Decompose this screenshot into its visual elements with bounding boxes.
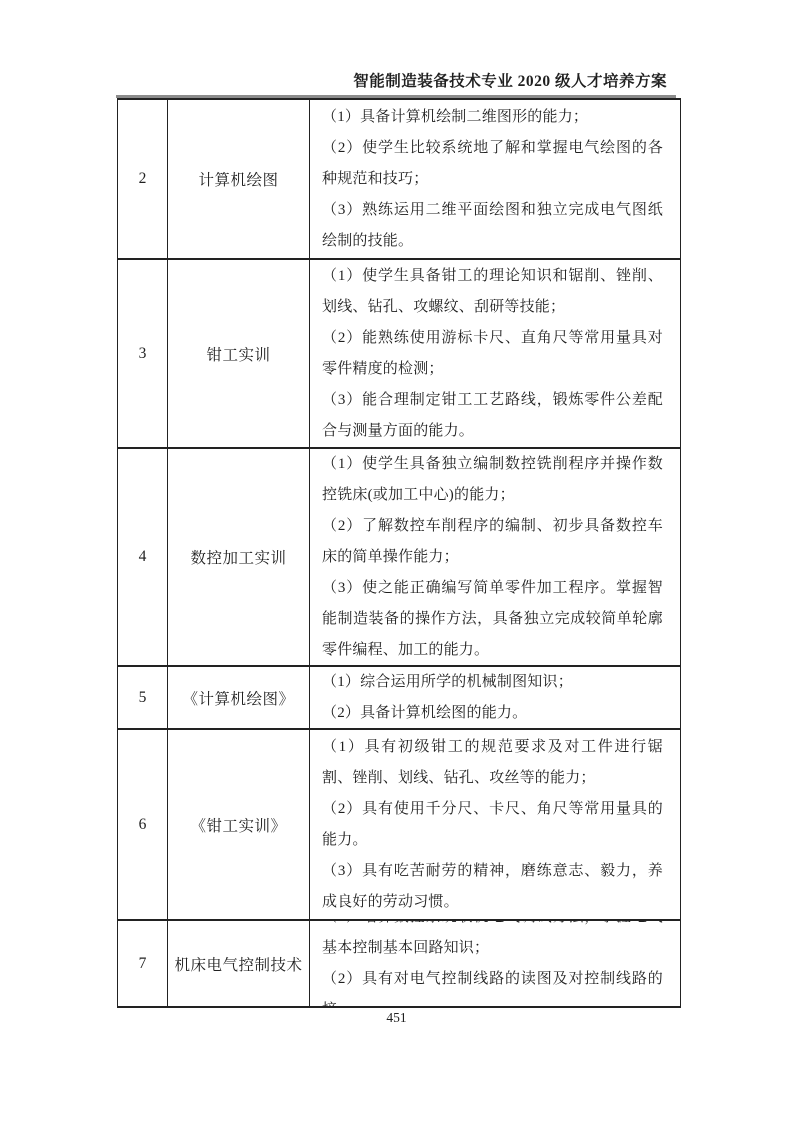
page-number: 451	[0, 1010, 793, 1026]
row-number-cell: 4	[118, 448, 168, 666]
objectives-text-box: （1）使学生具备钳工的理论知识和锯削、锉削、划线、钻孔、攻螺纹、刮研等技能；（2…	[310, 260, 680, 447]
row-number-cell: 2	[118, 99, 168, 259]
objective-item: （2）了解数控车削程序的编制、初步具备数控车床的简单操作能力；	[322, 511, 663, 573]
course-name-cell: 计算机绘图	[168, 99, 310, 259]
objective-item: （3）熟练运用二维平面绘图和独立完成电气图纸绘制的技能。	[322, 195, 663, 257]
row-number-cell: 7	[118, 920, 168, 1007]
course-name-cell: 钳工实训	[168, 259, 310, 448]
document-page: 智能制造装备技术专业 2020 级人才培养方案 2计算机绘图（1）具备计算机绘制…	[0, 0, 793, 1122]
objectives-text-box: （1）综合运用所学的机械制图知识；（2）具备计算机绘图的能力。	[310, 667, 680, 728]
table-row: 6《钳工实训》（1）具有初级钳工的规范要求及对工件进行锯割、锉削、划线、钻孔、攻…	[118, 729, 681, 920]
table-row: 2计算机绘图（1）具备计算机绘制二维图形的能力；（2）使学生比较系统地了解和掌握…	[118, 99, 681, 259]
course-name-cell: 机床电气控制技术	[168, 920, 310, 1007]
objective-item: （1）使学生具备独立编制数控铣削程序并操作数控铣床(或加工中心)的能力；	[322, 449, 663, 511]
objective-item: （2）使学生比较系统地了解和掌握电气绘图的各种规范和技巧；	[322, 133, 663, 195]
table-row: 4数控加工实训（1）使学生具备独立编制数控铣削程序并操作数控铣床(或加工中心)的…	[118, 448, 681, 666]
objectives-cell: （1）使学生具备独立编制数控铣削程序并操作数控铣床(或加工中心)的能力；（2）了…	[310, 448, 681, 666]
course-name-cell: 《计算机绘图》	[168, 666, 310, 729]
objective-item: （1）培养数控系统联机电气调试方法，掌握电气基本控制基本回路知识；	[322, 921, 663, 964]
objectives-text-box: （1）具备计算机绘制二维图形的能力；（2）使学生比较系统地了解和掌握电气绘图的各…	[310, 100, 680, 258]
table-row: 5《计算机绘图》（1）综合运用所学的机械制图知识；（2）具备计算机绘图的能力。	[118, 666, 681, 729]
objectives-cell: （1）综合运用所学的机械制图知识；（2）具备计算机绘图的能力。	[310, 666, 681, 729]
objective-item: （1）具有初级钳工的规范要求及对工件进行锯割、锉削、划线、钻孔、攻丝等的能力；	[322, 732, 663, 794]
objectives-text-box: （1）使学生具备独立编制数控铣削程序并操作数控铣床(或加工中心)的能力；（2）了…	[310, 449, 680, 665]
table-row: 7机床电气控制技术（1）培养数控系统联机电气调试方法，掌握电气基本控制基本回路知…	[118, 920, 681, 1007]
objective-item: （3）能合理制定钳工工艺路线，锻炼零件公差配合与测量方面的能力。	[322, 385, 663, 447]
course-name-cell: 数控加工实训	[168, 448, 310, 666]
course-name-cell: 《钳工实训》	[168, 729, 310, 920]
objective-item: （2）具有使用千分尺、卡尺、角尺等常用量具的能力。	[322, 794, 663, 856]
objectives-cell: （1）具有初级钳工的规范要求及对工件进行锯割、锉削、划线、钻孔、攻丝等的能力；（…	[310, 729, 681, 920]
row-number-cell: 3	[118, 259, 168, 448]
objectives-cell: （1）培养数控系统联机电气调试方法，掌握电气基本控制基本回路知识；（2）具有对电…	[310, 920, 681, 1007]
objective-item: （1）综合运用所学的机械制图知识；	[322, 667, 663, 698]
objective-item: （1）使学生具备钳工的理论知识和锯削、锉削、划线、钻孔、攻螺纹、刮研等技能；	[322, 261, 663, 323]
objective-item: （1）具备计算机绘制二维图形的能力；	[322, 102, 663, 133]
objective-item: （2）具备计算机绘图的能力。	[322, 698, 663, 729]
row-number-cell: 6	[118, 729, 168, 920]
course-table-body: 2计算机绘图（1）具备计算机绘制二维图形的能力；（2）使学生比较系统地了解和掌握…	[118, 99, 681, 1007]
objective-item: （2）具有对电气控制线路的读图及对控制线路的接	[322, 964, 663, 1007]
row-number-cell: 5	[118, 666, 168, 729]
course-objectives-table: 2计算机绘图（1）具备计算机绘制二维图形的能力；（2）使学生比较系统地了解和掌握…	[117, 98, 681, 1008]
objectives-text-box: （1）具有初级钳工的规范要求及对工件进行锯割、锉削、划线、钻孔、攻丝等的能力；（…	[310, 730, 680, 919]
table-row: 3钳工实训（1）使学生具备钳工的理论知识和锯削、锉削、划线、钻孔、攻螺纹、刮研等…	[118, 259, 681, 448]
objectives-cell: （1）使学生具备钳工的理论知识和锯削、锉削、划线、钻孔、攻螺纹、刮研等技能；（2…	[310, 259, 681, 448]
objective-item: （3）使之能正确编写简单零件加工程序。掌握智能制造装备的操作方法，具备独立完成较…	[322, 573, 663, 666]
objectives-cell: （1）具备计算机绘制二维图形的能力；（2）使学生比较系统地了解和掌握电气绘图的各…	[310, 99, 681, 259]
objective-item: （3）具有吃苦耐劳的精神，磨练意志、毅力，养成良好的劳动习惯。	[322, 856, 663, 918]
objective-item: （2）能熟练使用游标卡尺、直角尺等常用量具对零件精度的检测；	[322, 323, 663, 385]
objectives-text-box: （1）培养数控系统联机电气调试方法，掌握电气基本控制基本回路知识；（2）具有对电…	[310, 921, 680, 1006]
page-header-title: 智能制造装备技术专业 2020 级人才培养方案	[117, 69, 667, 91]
